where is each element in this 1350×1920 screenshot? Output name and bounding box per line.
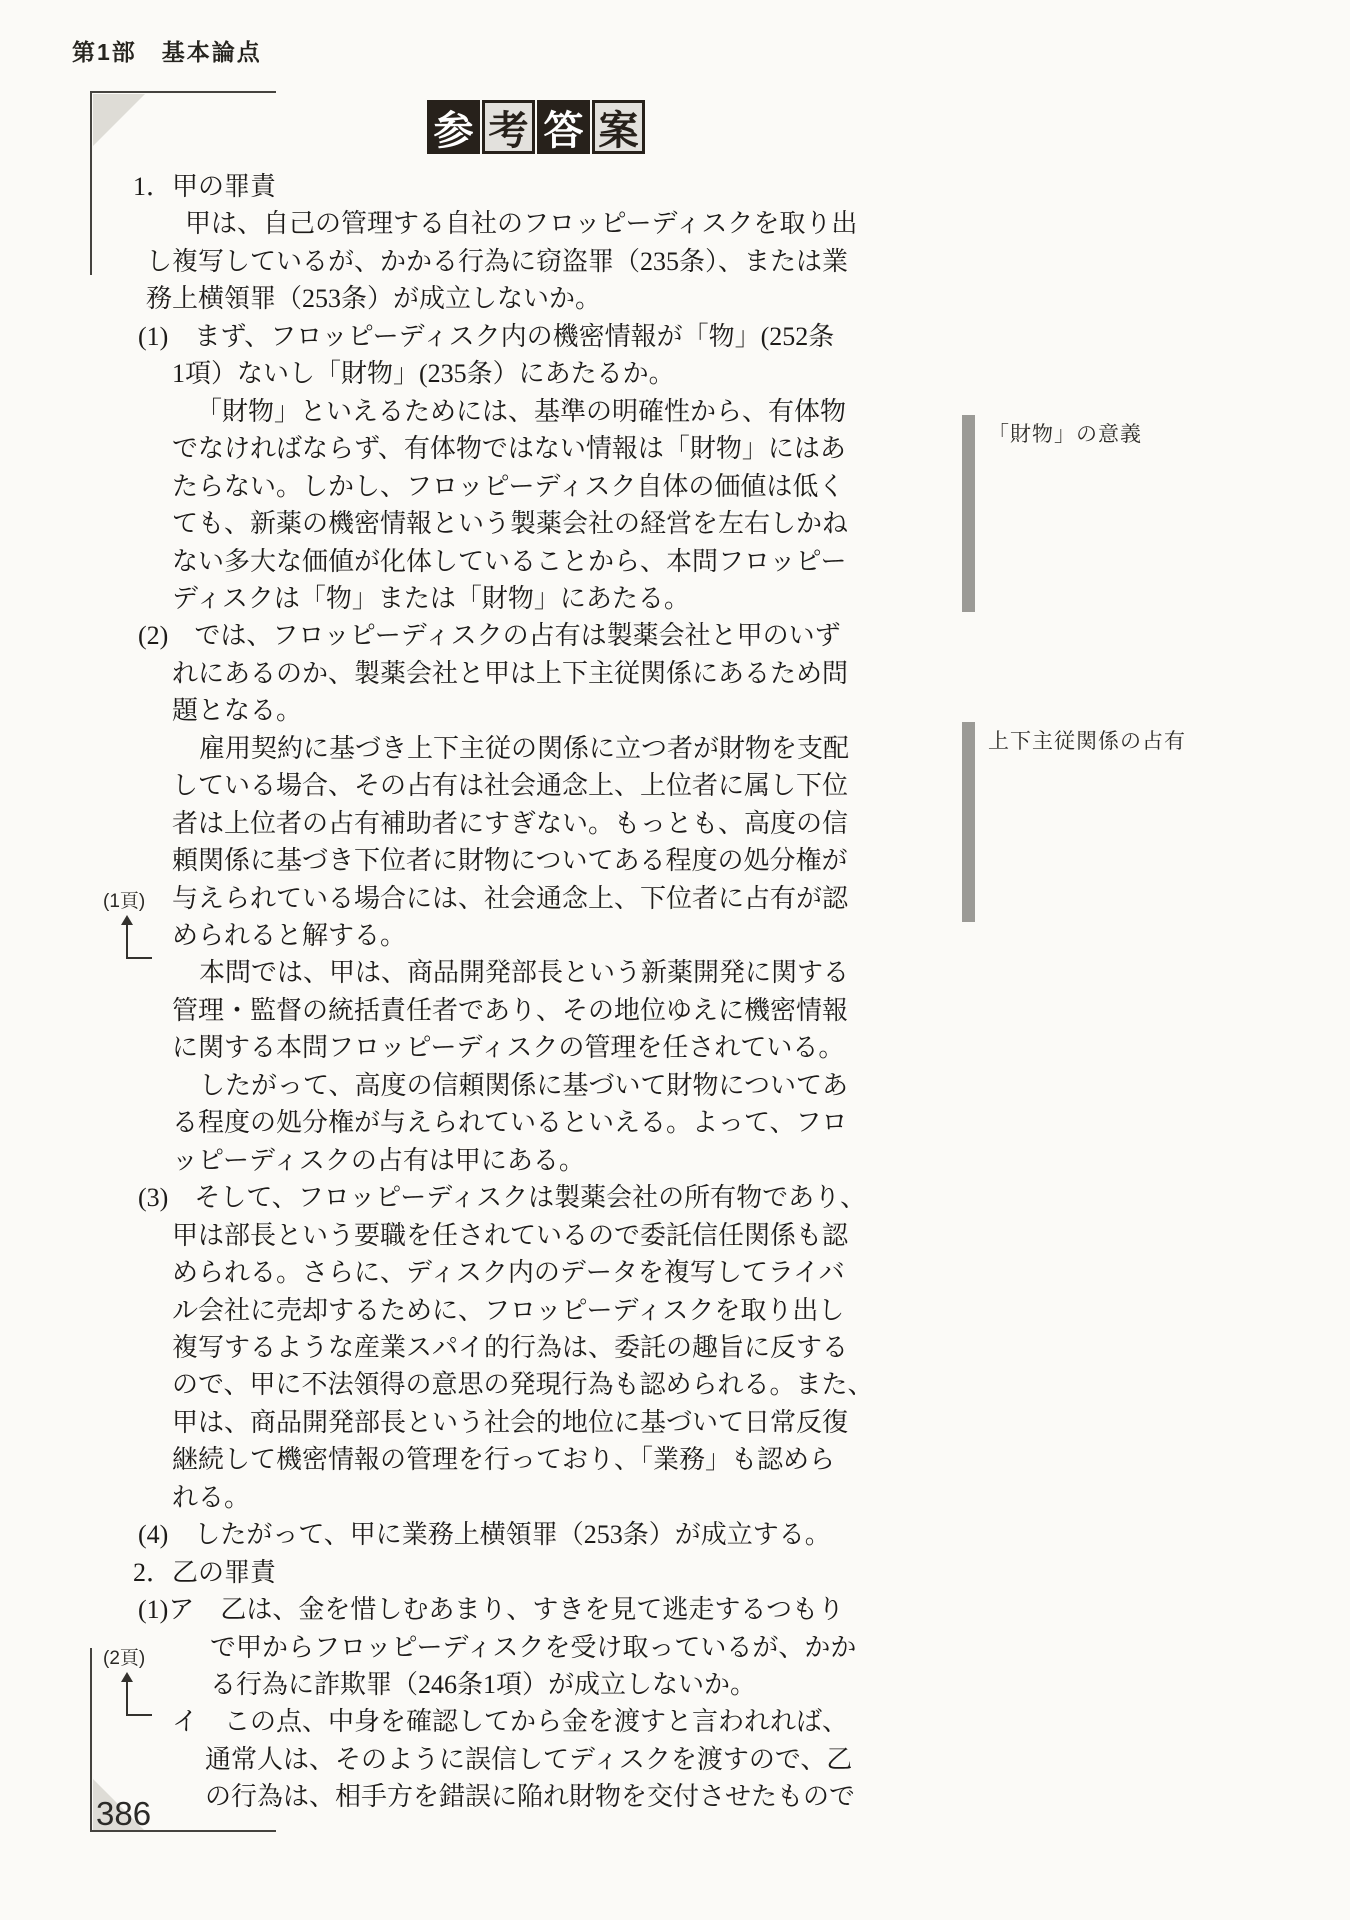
body-text-line: ので、甲に不法領得の意思の発現行為も認められる。また、 (0, 1366, 1072, 1403)
body-text-line: (2) では、フロッピーディスクの占有は製薬会社と甲のいず (0, 617, 1038, 654)
body-text-line: められると解する。 (0, 917, 1072, 954)
title-char: 参 (427, 100, 480, 154)
body-text-line: ディスクは「物」または「財物」にあたる。 (0, 580, 1072, 617)
body-text-line: 1．甲の罪責 (0, 168, 1033, 205)
book-page: 第1部 基本論点 参考答案 1．甲の罪責甲は、自己の管理する自社のフロッピーディ… (0, 0, 1350, 1920)
body-text-line: 本問では、甲は、商品開発部長という新薬開発に関する (0, 954, 1099, 991)
body-text-line: (1) まず、フロッピーディスク内の機密情報が「物」(252条 (0, 318, 1038, 355)
body-text-line: 甲は、自己の管理する自社のフロッピーディスクを取り出 (0, 205, 1085, 242)
body-text-line: れにあるのか、製薬会社と甲は上下主従関係にあるため問 (0, 655, 1072, 692)
body-text-line: 与えられている場合には、社会通念上、下位者に占有が認 (0, 880, 1072, 917)
body-text-line: し複写しているが、かかる行為に窃盗罪（235条）、または業 (0, 243, 1046, 280)
body-text-line: ッピーディスクの占有は甲にある。 (0, 1142, 1072, 1179)
body-text-line: (4) したがって、甲に業務上横領罪（253条）が成立する。 (0, 1516, 1038, 1553)
body-text-line: 通常人は、そのように誤信してディスクを渡すので、乙 (0, 1741, 1105, 1778)
body-text-line: (1)ア 乙は、金を惜しむあまり、すきを見て逃走するつもり (0, 1591, 1038, 1628)
body-text-line: の行為は、相手方を錯誤に陥れ財物を交付させたもので (0, 1778, 1105, 1815)
header-underline (90, 91, 276, 93)
body-text-line: (3) そして、フロッピーディスクは製薬会社の所有物であり、 (0, 1179, 1038, 1216)
body-text-line: ても、新薬の機密情報という製薬会社の経営を左右しかね (0, 505, 1072, 542)
body-text-line: で甲からフロッピーディスクを受け取っているが、かか (0, 1629, 1110, 1666)
title-char: 案 (592, 100, 645, 154)
body-text-line: したがって、高度の信頼関係に基づいて財物についてあ (0, 1067, 1099, 1104)
margin-note-label: 「財物」の意義 (988, 418, 1142, 448)
body-text-line: れる。 (0, 1479, 1072, 1516)
body-text-line: 管理・監督の統括責任者であり、その地位ゆえに機密情報 (0, 992, 1072, 1029)
body-text-line: 題となる。 (0, 692, 1072, 729)
body-text-line: 者は上位者の占有補助者にすぎない。もっとも、高度の信 (0, 805, 1072, 842)
body-text-line: ル会社に売却するために、フロッピーディスクを取り出し (0, 1292, 1072, 1329)
body-text-line: る行為に詐欺罪（246条1項）が成立しないか。 (0, 1666, 1110, 1703)
page-marker-label: (1頁) (103, 886, 145, 913)
body-text-line: 「財物」といえるためには、基準の明確性から、有体物 (0, 393, 1096, 430)
body-text-line: る程度の処分権が与えられているといえる。よって、フロ (0, 1104, 1072, 1141)
margin-note-label: 上下主従関係の占有 (988, 725, 1186, 755)
body-text-line: たらない。しかし、フロッピーディスク自体の価値は低く (0, 468, 1072, 505)
page-marker-arrow-line (126, 923, 152, 959)
title-char: 考 (482, 100, 535, 154)
running-header: 第1部 基本論点 (72, 34, 262, 67)
top-corner-triangle (93, 94, 145, 146)
body-text-line: 複写するような産業スパイ的行為は、委託の趣旨に反する (0, 1329, 1072, 1366)
body-text-line: 甲は、商品開発部長という社会的地位に基づいて日常反復 (0, 1404, 1072, 1441)
answer-title: 参考答案 (427, 100, 647, 154)
page-marker-label: (2頁) (103, 1643, 145, 1670)
body-text-line: している場合、その占有は社会通念上、上位者に属し下位 (0, 767, 1072, 804)
body-text-line: 1項）ないし「財物」(235条）にあたるか。 (0, 355, 1072, 392)
body-text-line: に関する本問フロッピーディスクの管理を任されている。 (0, 1029, 1072, 1066)
body-text-line: でなければならず、有体物ではない情報は「財物」にはあ (0, 430, 1072, 467)
body-text-line: められる。さらに、ディスク内のデータを複写してライバ (0, 1254, 1072, 1291)
body-text-line: ない多大な価値が化体していることから、本問フロッピー (0, 543, 1072, 580)
margin-note-bar (962, 722, 975, 922)
body-text-line: 2．乙の罪責 (0, 1554, 1033, 1591)
title-char: 答 (537, 100, 590, 154)
body-text-line: 継続して機密情報の管理を行っており、「業務」も認めら (0, 1441, 1072, 1478)
body-text-line: 頼関係に基づき下位者に財物についてある程度の処分権が (0, 842, 1072, 879)
body-text-line: 務上横領罪（253条）が成立しないか。 (0, 280, 1046, 317)
body-text-line: イ この点、中身を確認してから金を渡すと言われれば、 (0, 1703, 1072, 1740)
margin-note-bar (962, 415, 975, 612)
page-number: 386 (96, 1795, 151, 1833)
bottom-left-vertical-rule (90, 1648, 92, 1832)
page-marker-arrow-line (126, 1680, 152, 1716)
body-text-line: 甲は部長という要職を任されているので委託信任関係も認 (0, 1217, 1072, 1254)
body-text-line: 雇用契約に基づき上下主従の関係に立つ者が財物を支配 (0, 730, 1099, 767)
